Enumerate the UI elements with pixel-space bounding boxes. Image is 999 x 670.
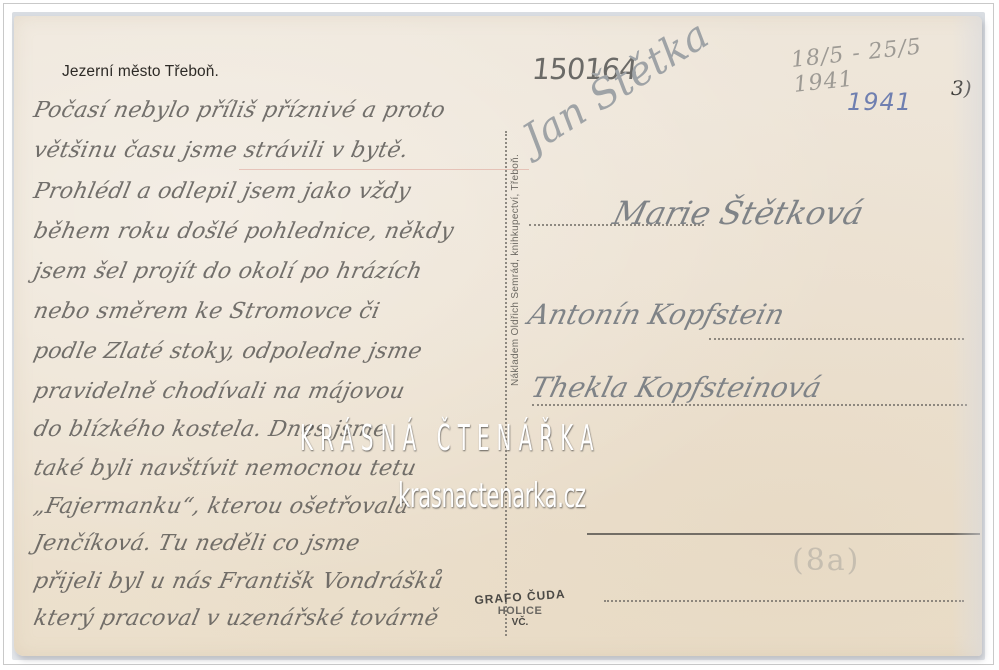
- message-line: Počasí nebylo příliš příznivé a proto: [31, 98, 447, 123]
- printed-title: Jezerní město Třeboň.: [62, 63, 219, 81]
- stamp-region: VČ.: [474, 617, 566, 628]
- address-line-3: [532, 404, 967, 406]
- address-line-5: [604, 600, 964, 602]
- watermark-url: krasnactenarka.cz: [398, 476, 586, 516]
- message-line: přijeli byl u nás Františk Vondrášků: [31, 569, 445, 594]
- message-line: většinu času jsme strávili v bytě.: [31, 138, 410, 163]
- message-line: Jenčíková. Tu neděli co jsme: [31, 531, 362, 556]
- sender-signature: Jan Štětka: [515, 16, 717, 162]
- message-line: pravidelně chodívali na májovou: [31, 379, 407, 404]
- faint-pencil-mark: (8a): [792, 543, 860, 578]
- page-mark: 3): [951, 76, 972, 100]
- postcard-back: Jezerní město Třeboň. Počasí nebylo příl…: [14, 16, 982, 656]
- message-line: podle Zlaté stoky, odpoledne jsme: [31, 339, 424, 364]
- address-line-4: [587, 533, 980, 535]
- message-line: nebo směrem ke Stromovce či: [31, 299, 382, 324]
- recipient-name: Thekla Kopfsteinová: [528, 371, 825, 404]
- watermark-title: KRÁSNÁ ČTENÁŘKA: [300, 418, 520, 459]
- faint-red-ruling: [239, 169, 529, 170]
- publisher-imprint: Nákladem Oldřich Semrád, knihkupectví, T…: [510, 154, 521, 386]
- message-line: také byli navštívit nemocnou tetu: [31, 456, 418, 481]
- stamp-city: HOLICE: [474, 605, 566, 617]
- center-divider: [505, 131, 507, 636]
- message-line: Prohlédl a odlepil jsem jako vždy: [31, 179, 413, 204]
- message-line: „Fajermanku“, kterou ošetřovala: [31, 494, 411, 519]
- recipient-name: Antonín Kopfstein: [525, 298, 788, 331]
- message-line: který pracoval v uzenářské továrně: [31, 606, 440, 631]
- message-line: během roku došlé pohlednice, někdy: [31, 219, 456, 244]
- message-line: jsem šel projít do okolí po hrázích: [31, 259, 424, 284]
- recipient-name: Marie Štětková: [609, 194, 867, 232]
- year-note: 1941: [847, 88, 912, 116]
- address-line-2: [709, 338, 964, 340]
- printer-stamp: GRAFO ČUDA HOLICE VČ.: [474, 590, 566, 650]
